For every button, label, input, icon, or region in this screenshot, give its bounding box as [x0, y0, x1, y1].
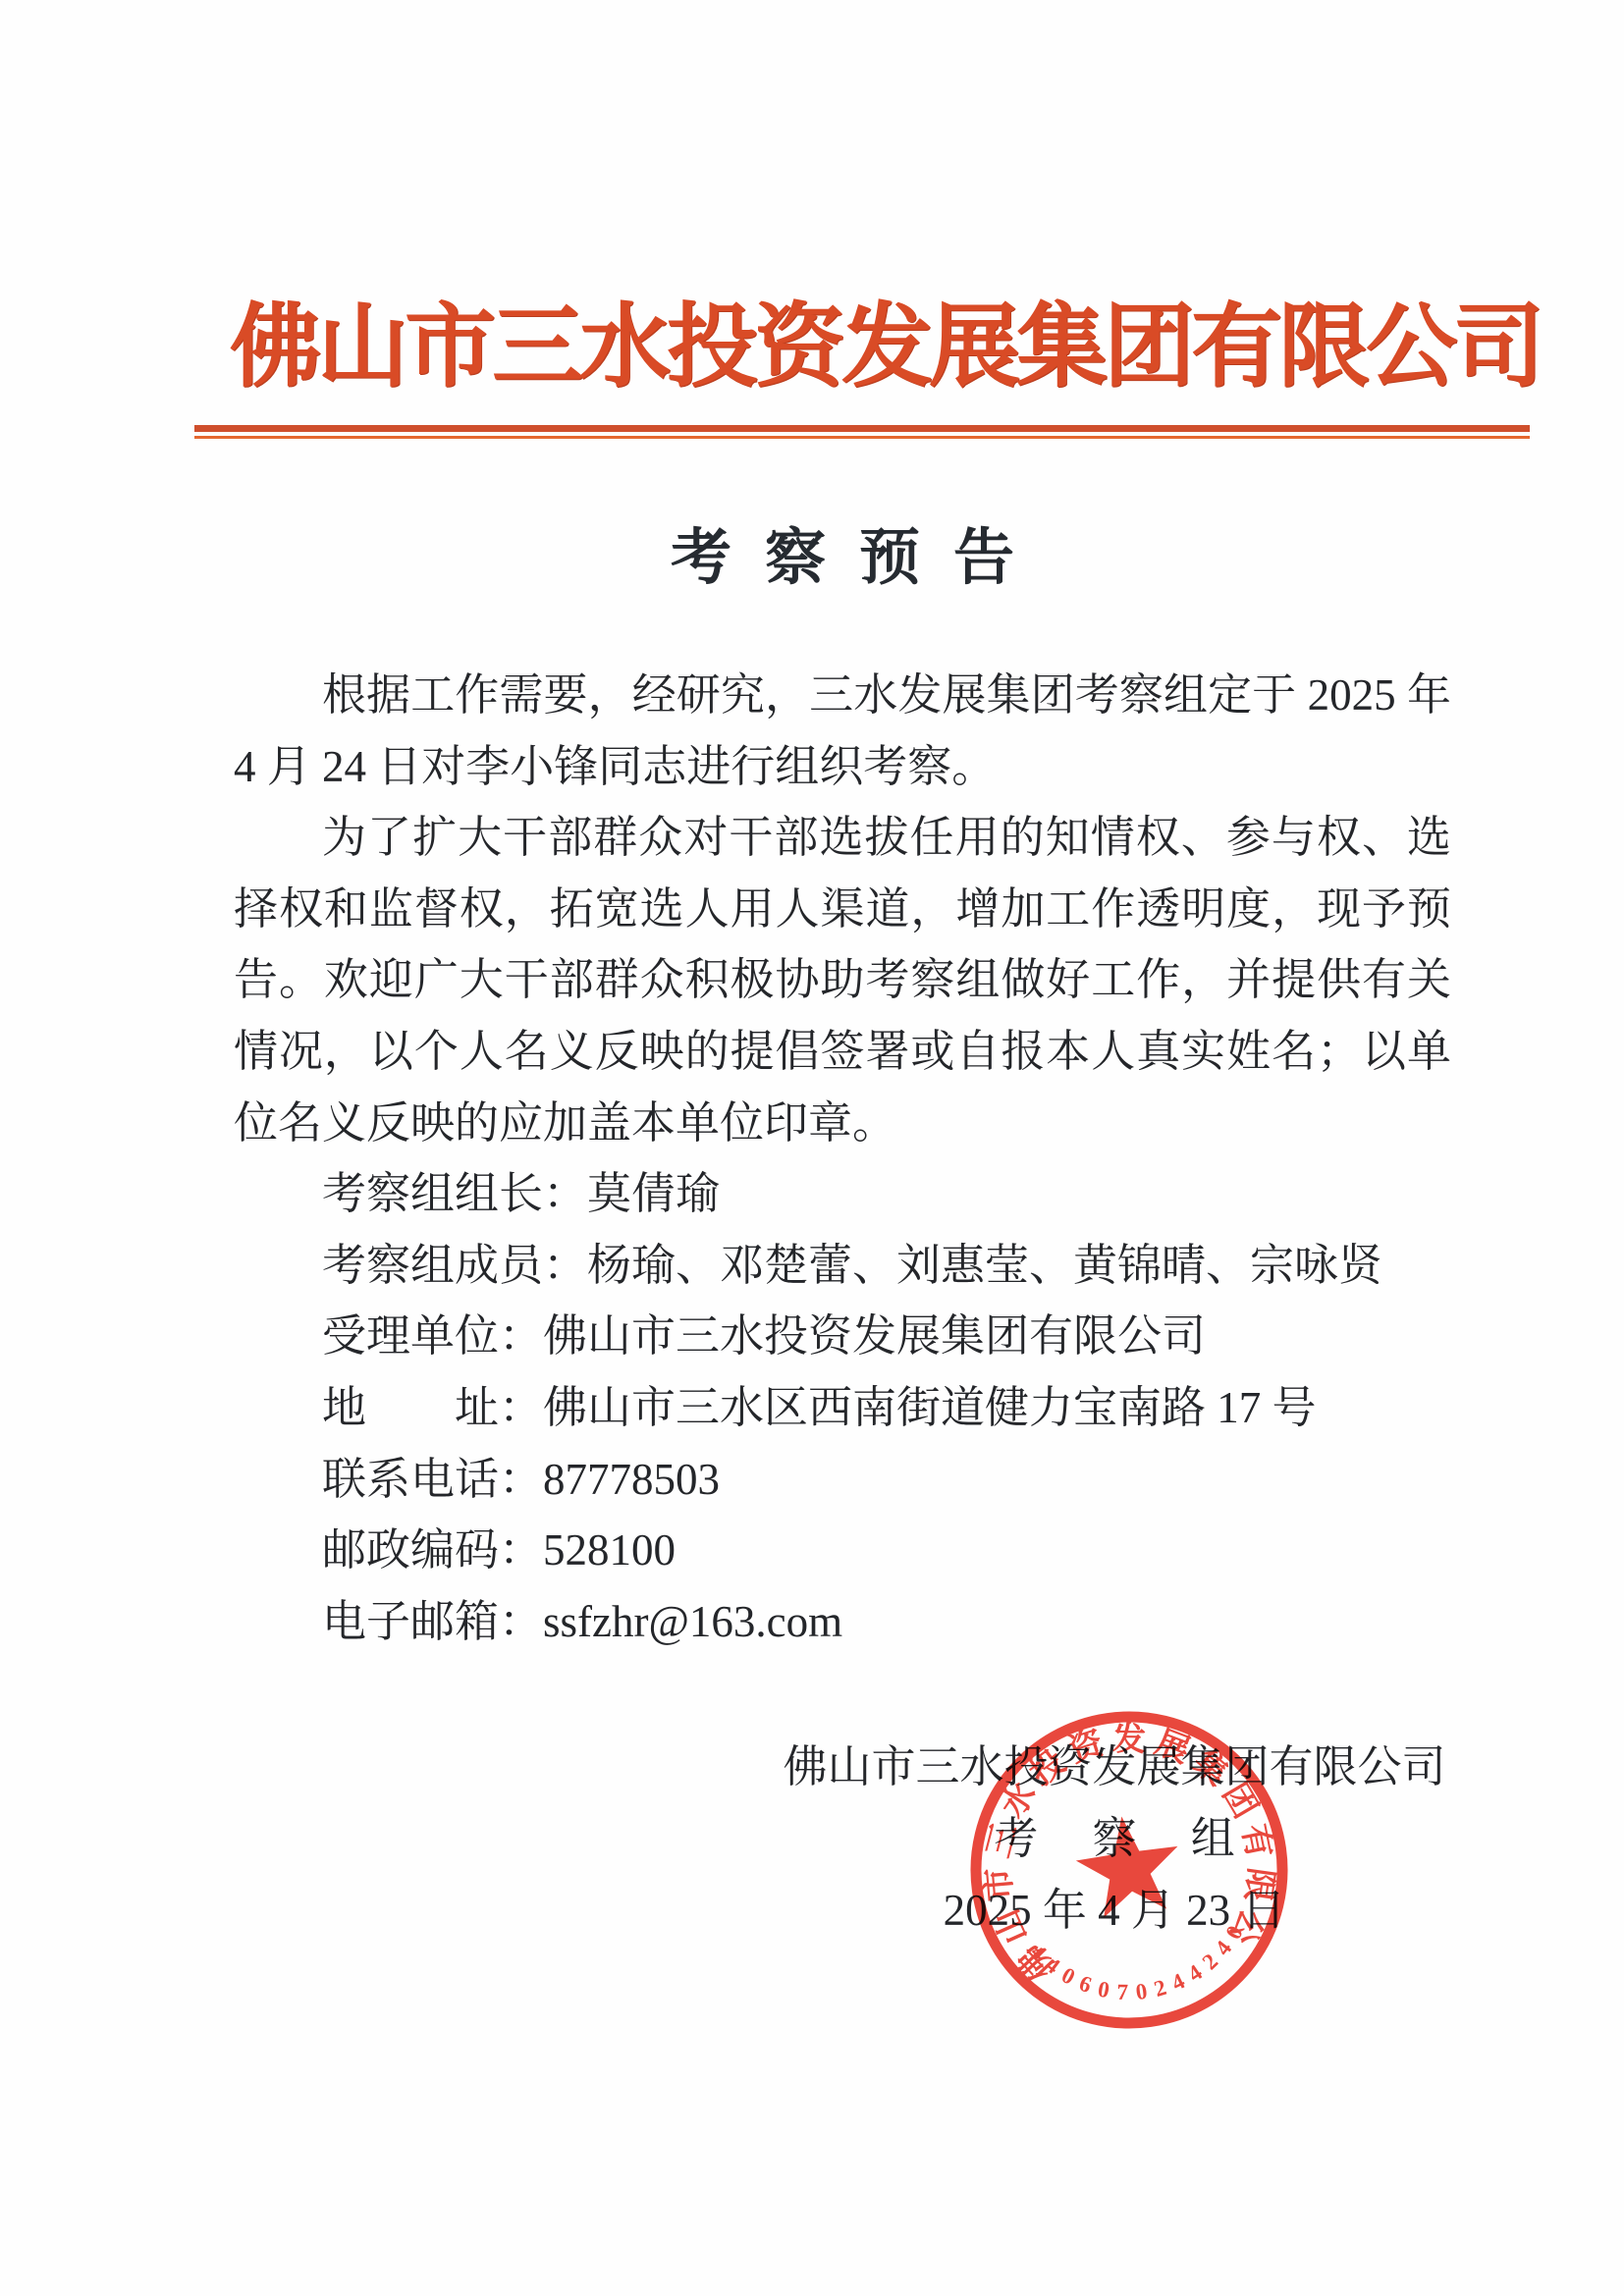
document-body: 根据工作需要，经研究，三水发展集团考察组定于 2025 年 4 月 24 日对李…	[234, 660, 1451, 1657]
paragraph-notice-date: 根据工作需要，经研究，三水发展集团考察组定于 2025 年 4 月 24 日对李…	[234, 660, 1451, 802]
letterhead-rule-thin	[194, 436, 1530, 439]
detail-postcode: 邮政编码：528100	[234, 1515, 1451, 1586]
document-title: 考察预告	[234, 508, 1451, 596]
document-page: 佛山市三水投资发展集团有限公司 考察预告 根据工作需要，经研究，三水发展集团考察…	[0, 0, 1624, 2296]
signoff-group: 考 察 组	[756, 1803, 1473, 1875]
signoff-company: 佛山市三水投资发展集团有限公司	[756, 1732, 1473, 1803]
detail-email: 电子邮箱：ssfzhr@163.com	[234, 1586, 1451, 1658]
detail-group-leader: 考察组组长：莫倩瑜	[234, 1158, 1451, 1230]
letterhead-rule-thick	[194, 425, 1530, 432]
paragraph-purpose: 为了扩大干部群众对干部选拔任用的知情权、参与权、选择权和监督权，拓宽选人用人渠道…	[234, 802, 1451, 1158]
detail-phone: 联系电话：87778503	[234, 1444, 1451, 1516]
signoff-date: 2025 年 4 月 23 日	[756, 1875, 1473, 1947]
detail-accepting-unit: 受理单位：佛山市三水投资发展集团有限公司	[234, 1301, 1451, 1372]
letterhead-company-title: 佛山市三水投资发展集团有限公司	[230, 273, 1471, 404]
detail-group-members: 考察组成员：杨瑜、邓楚蕾、刘惠莹、黄锦晴、宗咏贤	[234, 1230, 1451, 1302]
detail-address: 地 址：佛山市三水区西南街道健力宝南路 17 号	[234, 1372, 1451, 1444]
signoff-block: 佛山市三水投资发展集团有限公司 考 察 组 2025 年 4 月 23 日	[756, 1732, 1473, 1947]
